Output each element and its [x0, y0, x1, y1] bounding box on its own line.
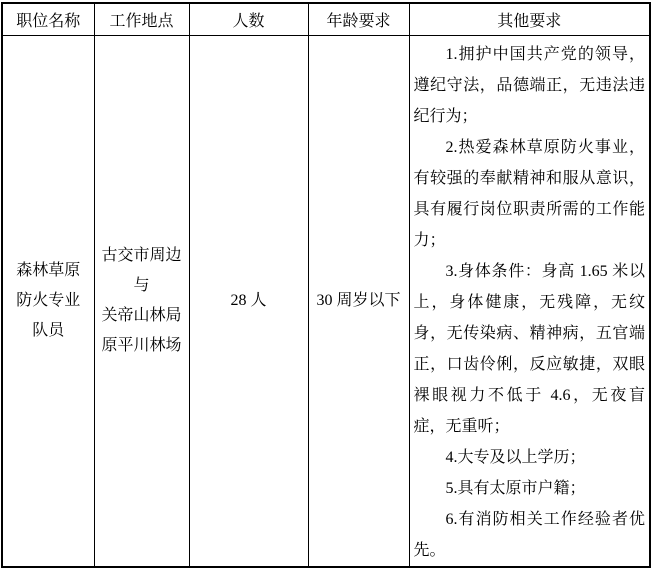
header-headcount: 人数 — [189, 3, 308, 36]
cell-other-requirements: 1.拥护中国共产党的领导，遵纪守法，品德端正，无违法违纪行为； 2.热爱森林草原… — [409, 36, 650, 568]
requirement-item: 2.热爱森林草原防火事业，有较强的奉献精神和服从意识，具有履行岗位职责所需的工作… — [414, 132, 646, 256]
cell-position-name: 森林草原 防火专业 队员 — [2, 36, 94, 568]
header-other-requirements: 其他要求 — [409, 3, 650, 36]
table-row: 森林草原 防火专业 队员 古交市周边 与 关帝山林局 原平川林场 28 人 30… — [2, 36, 650, 568]
header-age-requirement: 年龄要求 — [308, 3, 409, 36]
header-row: 职位名称 工作地点 人数 年龄要求 其他要求 — [2, 3, 650, 36]
requirement-item: 6.有消防相关工作经验者优先。 — [414, 504, 646, 566]
requirement-item: 4.大专及以上学历； — [414, 442, 646, 473]
location-line: 与 — [97, 271, 187, 301]
location-line: 古交市周边 — [97, 241, 187, 271]
location-line: 原平川林场 — [97, 331, 187, 361]
requirement-item: 3.身体条件：身高 1.65 米以上，身体健康，无残障，无纹身，无传染病、精神病… — [414, 256, 646, 442]
header-work-location: 工作地点 — [94, 3, 189, 36]
position-line: 队员 — [5, 316, 92, 346]
cell-headcount: 28 人 — [189, 36, 308, 568]
position-line: 防火专业 — [5, 286, 92, 316]
requirement-item: 1.拥护中国共产党的领导，遵纪守法，品德端正，无违法违纪行为； — [414, 39, 646, 132]
header-position-name: 职位名称 — [2, 3, 94, 36]
recruitment-table: 职位名称 工作地点 人数 年龄要求 其他要求 森林草原 防火专业 队员 古交市周… — [1, 2, 651, 568]
cell-age-requirement: 30 周岁以下 — [308, 36, 409, 568]
requirement-item: 5.具有太原市户籍； — [414, 473, 646, 504]
cell-work-location: 古交市周边 与 关帝山林局 原平川林场 — [94, 36, 189, 568]
page: 职位名称 工作地点 人数 年龄要求 其他要求 森林草原 防火专业 队员 古交市周… — [0, 0, 657, 572]
position-line: 森林草原 — [5, 256, 92, 286]
location-line: 关帝山林局 — [97, 301, 187, 331]
